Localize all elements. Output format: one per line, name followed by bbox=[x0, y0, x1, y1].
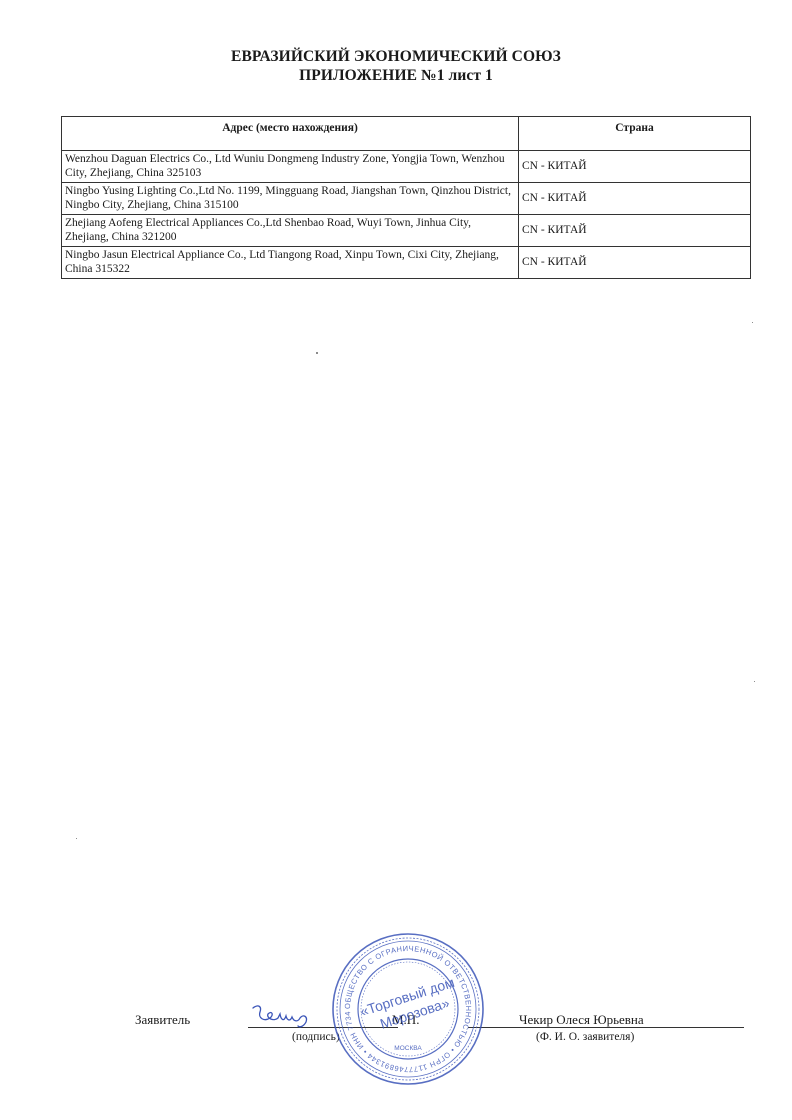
address-cell: Ningbo Yusing Lighting Co.,Ltd No. 1199,… bbox=[62, 183, 519, 215]
column-header-country: Страна bbox=[519, 117, 751, 151]
document-subtitle: ПРИЛОЖЕНИЕ №1 лист 1 bbox=[0, 67, 792, 85]
document-title: ЕВРАЗИЙСКИЙ ЭКОНОМИЧЕСКИЙ СОЮЗ bbox=[0, 48, 792, 66]
address-table: Адрес (место нахождения) Страна Wenzhou … bbox=[61, 116, 751, 279]
name-caption: (Ф. И. О. заявителя) bbox=[536, 1031, 634, 1043]
scan-speck bbox=[752, 322, 753, 323]
country-cell: CN - КИТАЙ bbox=[519, 151, 751, 183]
country-cell: CN - КИТАЙ bbox=[519, 215, 751, 247]
applicant-name: Чекир Олеся Юрьевна bbox=[519, 1012, 644, 1028]
country-cell: CN - КИТАЙ bbox=[519, 183, 751, 215]
company-seal: ОБЩЕСТВО С ОГРАНИЧЕННОЙ ОТВЕТСТВЕННОСТЬЮ… bbox=[331, 932, 485, 1086]
country-cell: CN - КИТАЙ bbox=[519, 247, 751, 279]
table-row: Zhejiang Aofeng Electrical Appliances Co… bbox=[62, 215, 751, 247]
handwritten-signature bbox=[248, 1000, 328, 1030]
scan-speck bbox=[754, 681, 755, 682]
scan-speck bbox=[316, 352, 318, 354]
applicant-label: Заявитель bbox=[135, 1012, 190, 1028]
address-cell: Ningbo Jasun Electrical Appliance Co., L… bbox=[62, 247, 519, 279]
table-row: Ningbo Jasun Electrical Appliance Co., L… bbox=[62, 247, 751, 279]
table-row: Wenzhou Daguan Electrics Co., Ltd Wuniu … bbox=[62, 151, 751, 183]
address-cell: Zhejiang Aofeng Electrical Appliances Co… bbox=[62, 215, 519, 247]
table-header-row: Адрес (место нахождения) Страна bbox=[62, 117, 751, 151]
seal-city: МОСКВА bbox=[394, 1045, 422, 1052]
scan-speck bbox=[76, 838, 77, 839]
address-cell: Wenzhou Daguan Electrics Co., Ltd Wuniu … bbox=[62, 151, 519, 183]
column-header-address: Адрес (место нахождения) bbox=[62, 117, 519, 151]
table-row: Ningbo Yusing Lighting Co.,Ltd No. 1199,… bbox=[62, 183, 751, 215]
